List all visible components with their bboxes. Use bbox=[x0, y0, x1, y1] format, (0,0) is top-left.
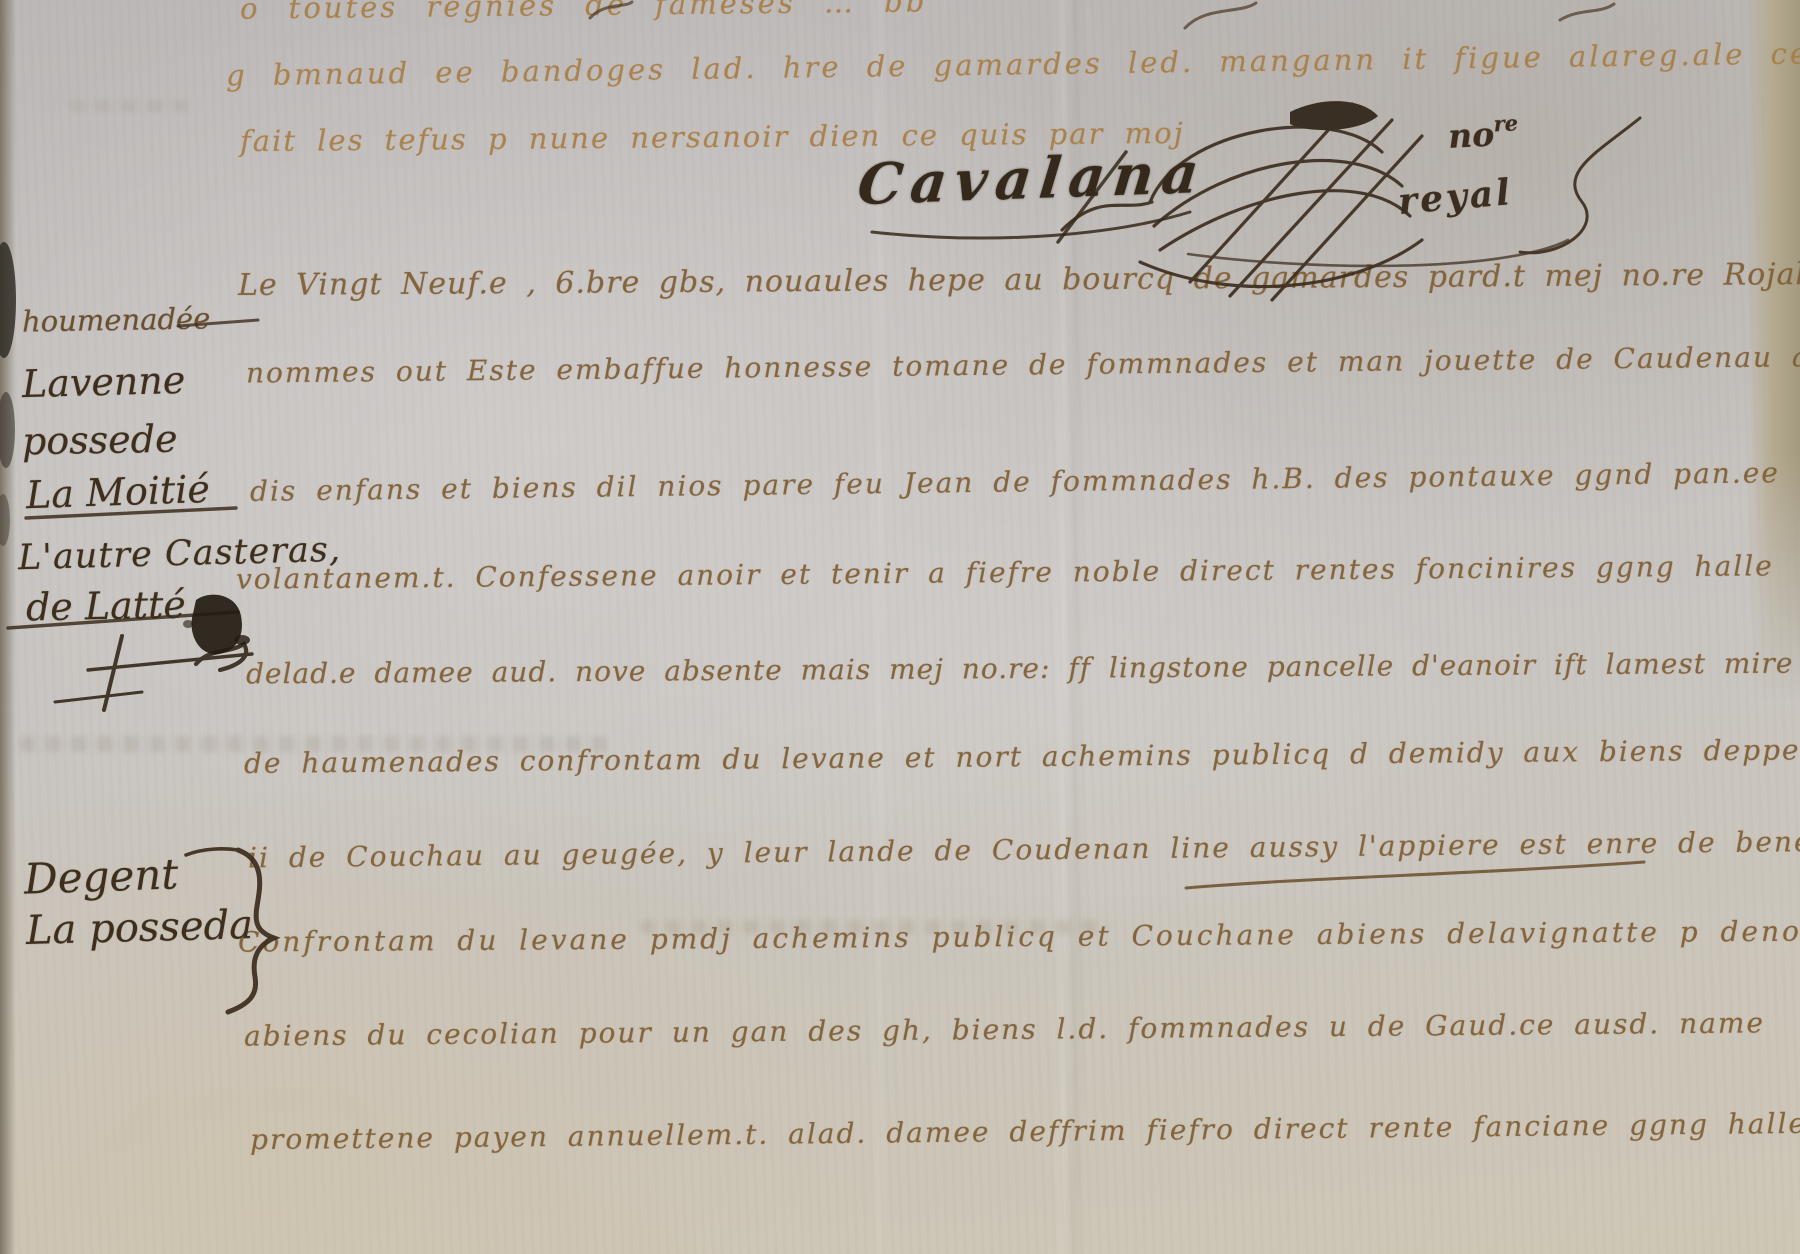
notary-title-superscript: re bbox=[1493, 110, 1519, 136]
margin-note-lavenne: Lavenne bbox=[21, 358, 185, 406]
faded-text-line: g bmnaud ee bandoges lad. hre de gamarde… bbox=[226, 34, 1800, 93]
margin-note-la-moitie: La Moitié bbox=[25, 467, 210, 517]
body-text-line: promettene payen annuellem.t. alad. dame… bbox=[250, 1107, 1800, 1156]
body-text-line: ii de Couchau au geugée, y leur lande de… bbox=[248, 825, 1800, 875]
notary-signature: Cavalana bbox=[855, 140, 1210, 218]
body-text-line: dis enfans et biens dil nios pare feu Je… bbox=[250, 455, 1800, 508]
notary-title-base: no bbox=[1447, 114, 1495, 155]
margin-cross-mark bbox=[55, 636, 252, 710]
margin-note-la-posseda: La posseda bbox=[25, 902, 253, 954]
faded-text-line: o toutes regnies de fameses … bb bbox=[240, 0, 928, 26]
body-text-line: volantanem.t. Confessene anoir et tenir … bbox=[236, 549, 1774, 595]
body-text-line: Confrontam du levane pmdj achemins publi… bbox=[238, 914, 1800, 958]
notary-title-word: reyal bbox=[1396, 171, 1514, 223]
page-left-edge bbox=[0, 0, 16, 1254]
margin-note-de-latte: de Latté bbox=[26, 583, 187, 630]
margin-note-autre-casteras: L'autre Casteras, bbox=[18, 530, 342, 578]
notary-title-abbrev: nore bbox=[1447, 110, 1520, 156]
manuscript-photo: o toutes regnies de fameses … bb g bmnau… bbox=[0, 0, 1800, 1254]
margin-note-degent: Degent bbox=[23, 849, 179, 903]
body-text-line: de haumenades confrontam du levane et no… bbox=[244, 733, 1800, 780]
margin-note-possede: possede bbox=[22, 417, 178, 464]
body-text-line: nommes out Este embaffue honnesse tomane… bbox=[246, 339, 1800, 389]
body-text-line: delad.e damee aud. nove absente mais mej… bbox=[246, 647, 1794, 691]
ink-blot bbox=[183, 595, 250, 654]
ink-showthrough bbox=[70, 100, 190, 112]
body-underline bbox=[1186, 862, 1644, 888]
body-text-line: abiens du cecolian pour un gan des gh, b… bbox=[244, 1006, 1765, 1052]
body-text-line: Le Vingt Neuf.e , 6.bre gbs, nouaules he… bbox=[238, 256, 1800, 303]
margin-note-hommages: houmenadée bbox=[22, 301, 211, 338]
